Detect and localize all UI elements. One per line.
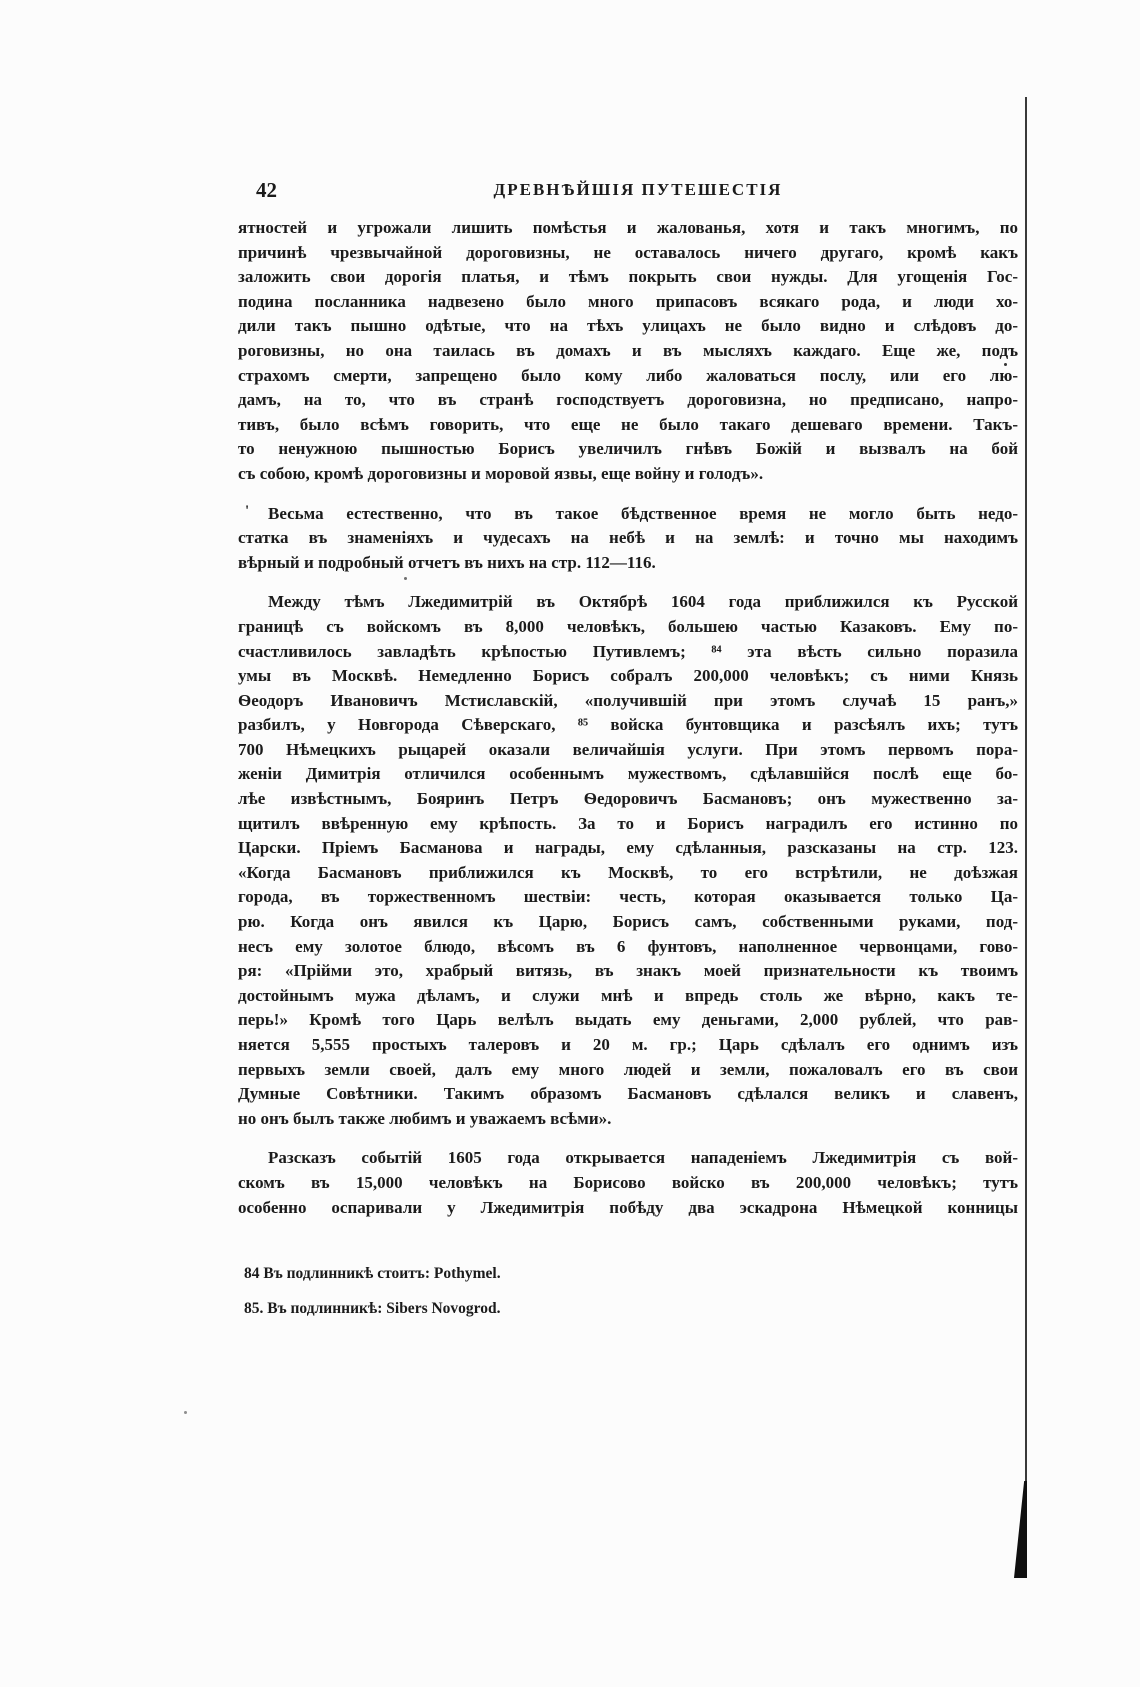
scan-artifact-dot — [404, 577, 407, 580]
footnotes: 84 Въ подлинникѣ стоитъ: Pothymel. 85. В… — [244, 1262, 944, 1332]
scan-artifact-vertical-line — [1025, 97, 1027, 1483]
text-line: Весьма естественно, что въ такое бѣдстве… — [238, 502, 1018, 527]
scan-artifact-wedge — [1014, 1481, 1027, 1578]
text-line: рю. Когда онъ явился къ Царю, Борисъ сам… — [238, 910, 1018, 935]
text-line: то ненужною пышностью Борисъ увеличилъ г… — [238, 437, 1018, 462]
text-line: Царски. Пріемъ Басманова и награды, ему … — [238, 836, 1018, 861]
scan-artifact-dot — [1004, 363, 1007, 366]
text-line: страхомъ смерти, запрещено было кому либ… — [238, 364, 1018, 389]
text-line: скомъ въ 15,000 человѣкъ на Борисово вой… — [238, 1171, 1018, 1196]
text-line: щитилъ ввѣренную ему крѣпость. За то и Б… — [238, 812, 1018, 837]
text-line: достойнымъ мужа дѣламъ, и служи мнѣ и вп… — [238, 984, 1018, 1009]
paragraph: ятностей и угрожали лишить помѣстья и жа… — [238, 216, 1018, 487]
text-line: женіи Димитрія отличился особеннымъ муже… — [238, 762, 1018, 787]
text-line: несъ ему золотое блюдо, вѣсомъ въ 6 фунт… — [238, 935, 1018, 960]
text-line: роговизны, но она таилась въ домахъ и въ… — [238, 339, 1018, 364]
text-line: умы въ Москвѣ. Немедленно Борисъ собралъ… — [238, 664, 1018, 689]
text-line: Разсказъ событій 1605 года открывается н… — [238, 1146, 1018, 1171]
text-line: но онъ былъ также любимъ и уважаемъ всѣм… — [238, 1107, 1018, 1132]
stray-apostrophe-mark: ' — [245, 503, 249, 520]
text-line: 700 Нѣмецкихъ рыцарей оказали величайшія… — [238, 738, 1018, 763]
footnote: 84 Въ подлинникѣ стоитъ: Pothymel. — [244, 1262, 944, 1286]
paragraph: Между тѣмъ Лжедимитрій въ Октябрѣ 1604 г… — [238, 590, 1018, 1131]
text-line: Между тѣмъ Лжедимитрій въ Октябрѣ 1604 г… — [238, 590, 1018, 615]
text-line: заложить свои дорогія платья, и тѣмъ пок… — [238, 265, 1018, 290]
running-header: ДРЕВНѢЙШІЯ ПУТЕШЕСТІЯ — [238, 180, 1018, 200]
body-text: ятностей и угрожали лишить помѣстья и жа… — [238, 216, 1018, 1235]
text-line: первыхъ земли своей, далъ ему много люде… — [238, 1058, 1018, 1083]
text-line: особенно оспаривали у Лжедимитрія побѣду… — [238, 1196, 1018, 1221]
paragraph: Весьма естественно, что въ такое бѣдстве… — [238, 502, 1018, 576]
text-line: статка въ знаменіяхъ и чудесахъ на небѣ … — [238, 526, 1018, 551]
scan-artifact-dot — [184, 1411, 187, 1414]
text-line: Ѳеодоръ Ивановичъ Мстиславскій, «получив… — [238, 689, 1018, 714]
text-line: вѣрный и подробный отчетъ въ нихъ на стр… — [238, 551, 1018, 576]
paragraph: Разсказъ событій 1605 года открывается н… — [238, 1146, 1018, 1220]
text-line: ря: «Прійми это, храбрый витязь, въ знак… — [238, 959, 1018, 984]
text-line: подина посланника надвезено было много п… — [238, 290, 1018, 315]
text-line: дамъ, на то, что въ странѣ господствуетъ… — [238, 388, 1018, 413]
text-line: лѣе извѣстнымъ, Бояринъ Петръ Ѳедоровичъ… — [238, 787, 1018, 812]
text-line: дили такъ пышно одѣтые, что на тѣхъ улиц… — [238, 314, 1018, 339]
text-line: счастливилось завладѣть крѣпостью Путивл… — [238, 640, 1018, 665]
text-line: разбилъ, у Новгорода Сѣверскаго, ⁸⁵ войс… — [238, 713, 1018, 738]
text-line: ятностей и угрожали лишить помѣстья и жа… — [238, 216, 1018, 241]
text-line: «Когда Басмановъ приближился къ Москвѣ, … — [238, 861, 1018, 886]
text-line: перь!» Кромѣ того Царь велѣлъ выдать ему… — [238, 1008, 1018, 1033]
text-line: города, въ торжественномъ шествіи: честь… — [238, 885, 1018, 910]
text-line: причинѣ чрезвычайной дороговизны, не ост… — [238, 241, 1018, 266]
text-line: Думные Совѣтники. Такимъ образомъ Басман… — [238, 1082, 1018, 1107]
text-line: тивъ, было всѣмъ говорить, что еще не бы… — [238, 413, 1018, 438]
text-line: съ собою, кромѣ дороговизны и моровой яз… — [238, 462, 1018, 487]
footnote: 85. Въ подлинникѣ: Sibers Novogrod. — [244, 1297, 944, 1321]
text-line: границѣ съ войскомъ въ 8,000 человѣкъ, б… — [238, 615, 1018, 640]
text-line: няется 5,555 простыхъ талеровъ и 20 м. г… — [238, 1033, 1018, 1058]
